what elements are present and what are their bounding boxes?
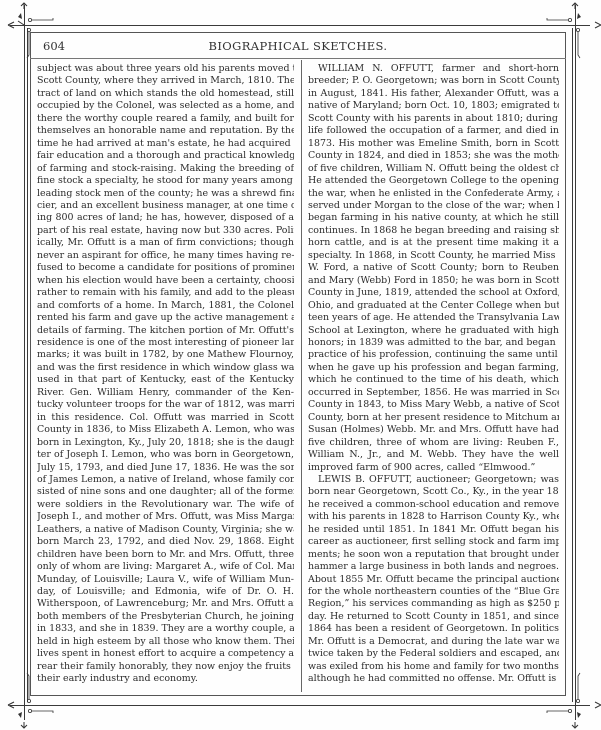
- page-header: 604 BIOGRAPHICAL SKETCHES.: [30, 33, 566, 59]
- text-line: tract of land on which stands the old ho…: [37, 88, 294, 100]
- text-line: used in that part of Kentucky, east of t…: [37, 374, 294, 386]
- text-line: began farming in his native county, at w…: [308, 212, 559, 224]
- text-line: occurred in September, 1856. He was marr…: [308, 387, 559, 399]
- text-line: in 1833, and she in 1839. They are a wor…: [37, 623, 294, 635]
- text-line: and was the first residence in which win…: [37, 362, 294, 374]
- text-line: July 15, 1793, and died June 17, 1836. H…: [37, 462, 294, 474]
- text-line: W. Ford, a native of Scott County; born …: [308, 262, 559, 274]
- text-line: held in high esteem by all those who kno…: [37, 636, 294, 648]
- text-line: fused to become a candidate for position…: [37, 262, 294, 274]
- text-line: WILLIAM N. OFFUTT, farmer and short-horn: [308, 63, 559, 75]
- text-line: part of his real estate, having now but …: [37, 225, 294, 237]
- text-line: About 1855 Mr. Offutt became the princip…: [308, 574, 559, 586]
- frame-left-rule-inner: [27, 28, 28, 702]
- right-column: WILLIAM N. OFFUTT, farmer and short-horn…: [308, 63, 559, 686]
- text-line: Mr. Offutt is a Democrat, and during the…: [308, 636, 559, 648]
- text-line: Leathers, a native of Madison County, Vi…: [37, 524, 294, 536]
- frame-left-rule: [24, 5, 25, 720]
- text-line: Witherspoon, of Lawrenceburg; Mr. and Mr…: [37, 598, 294, 610]
- text-line: never an aspirant for office, he many ti…: [37, 250, 294, 262]
- text-line: lives spent in honest effort to acquire …: [37, 648, 294, 660]
- text-line: ically, Mr. Offutt is a man of firm conv…: [37, 237, 294, 249]
- text-line: day. He returned to Scott County in 1851…: [308, 611, 559, 623]
- text-line: in this residence. Col. Offutt was marri…: [37, 412, 294, 424]
- text-line: ter of Joseph I. Lemon, who was born in …: [37, 449, 294, 461]
- text-line: Scott County, where they arrived in Marc…: [37, 75, 294, 87]
- text-line: cier, and an excellent business manager,…: [37, 200, 294, 212]
- text-line: practice of his profession, continuing t…: [308, 349, 559, 361]
- text-line: hammer a large business in both lands an…: [308, 561, 559, 573]
- text-line: were soldiers in the Revolutionary war. …: [37, 499, 294, 511]
- text-line: breeder; P. O. Georgetown; was born in S…: [308, 75, 559, 87]
- text-line: School at Lexington, where he graduated …: [308, 325, 559, 337]
- text-line: of farming and stock-raising. Making the…: [37, 163, 294, 175]
- text-line: children have been born to Mr. and Mrs. …: [37, 549, 294, 561]
- text-line: served under Morgan to the close of the …: [308, 200, 559, 212]
- text-line: fair education and a thorough and practi…: [37, 150, 294, 162]
- text-line: when he gave up his profession and began…: [308, 362, 559, 374]
- text-line: with his parents in 1828 to Harrison Cou…: [308, 511, 559, 523]
- text-line: Ohio, and graduated at the Center Colleg…: [308, 300, 559, 312]
- text-line: born March 23, 1792, and died Nov. 29, 1…: [37, 536, 294, 548]
- text-line: rear their family honorably, they now en…: [37, 661, 294, 673]
- scanned-book-page: 604 BIOGRAPHICAL SKETCHES. subject was a…: [0, 0, 601, 730]
- text-line: ments; he soon won a reputation that bro…: [308, 549, 559, 561]
- text-line: he received a common-school education an…: [308, 499, 559, 511]
- text-line: residence is one of the most interesting…: [37, 337, 294, 349]
- text-line: of five children, William N. Offutt bein…: [308, 163, 559, 175]
- text-line: leading stock men of the county; he was …: [37, 188, 294, 200]
- text-line: rather to remain with his family, and ad…: [37, 287, 294, 299]
- text-line: sisted of nine sons and one daughter; al…: [37, 486, 294, 498]
- text-line: their early industry and economy.: [37, 673, 294, 685]
- text-line: born in Lexington, Ky., July 20, 1818; s…: [37, 437, 294, 449]
- frame-top-rule: [10, 25, 590, 26]
- text-line: although he had committed no offense. Mr…: [308, 673, 559, 685]
- text-line: occupied by the Colonel, was selected as…: [37, 100, 294, 112]
- column-divider: [301, 60, 302, 692]
- text-line: when his election would have been a cert…: [37, 275, 294, 287]
- text-line: twice taken by the Federal soldiers and …: [308, 648, 559, 660]
- text-line: was exiled from his home and family for …: [308, 661, 559, 673]
- frame-right-rule: [575, 5, 576, 720]
- text-line: which he continued to the time of his de…: [308, 374, 559, 386]
- text-line: William N., Jr., and M. Webb. They have …: [308, 449, 559, 461]
- text-line: ing 800 acres of land; he has, however, …: [37, 212, 294, 224]
- left-column: subject was about three years old his pa…: [37, 63, 294, 686]
- text-line: time he had arrived at man's estate, he …: [37, 138, 294, 150]
- text-line: River. Gen. William Henry, commander of …: [37, 387, 294, 399]
- text-line: continues. In 1868 he began breeding and…: [308, 225, 559, 237]
- text-line: tucky volunteer troops for the war of 18…: [37, 399, 294, 411]
- text-line: County in June, 1819, attended the schoo…: [308, 287, 559, 299]
- text-line: career as auctioneer, first selling stoc…: [308, 536, 559, 548]
- text-line: 1873. His mother was Emeline Smith, born…: [308, 138, 559, 150]
- text-line: Susan (Holmes) Webb. Mr. and Mrs. Offutt…: [308, 424, 559, 436]
- text-line: teen years of age. He attended the Trans…: [308, 312, 559, 324]
- text-line: County in 1836, to Miss Elizabeth A. Lem…: [37, 424, 294, 436]
- text-line: subject was about three years old his pa…: [37, 63, 294, 75]
- text-line: He attended the Georgetown College to th…: [308, 175, 559, 187]
- frame-right-rule-inner: [572, 28, 573, 702]
- text-line: five children, three of whom are living:…: [308, 437, 559, 449]
- text-line: day, of Louisville; and Edmonia, wife of…: [37, 586, 294, 598]
- text-line: Joseph I., and mother of Mrs. Offutt, wa…: [37, 511, 294, 523]
- text-line: County in 1843, to Miss Mary Webb, a nat…: [308, 399, 559, 411]
- running-head: BIOGRAPHICAL SKETCHES.: [30, 39, 566, 53]
- text-line: horn cattle, and is at the present time …: [308, 237, 559, 249]
- text-line: specialty. In 1868, in Scott County, he …: [308, 250, 559, 262]
- text-line: he resided until 1851. In 1841 Mr. Offut…: [308, 524, 559, 536]
- text-line: born near Georgetown, Scott Co., Ky., in…: [308, 486, 559, 498]
- text-line: Region,” his services commanding as high…: [308, 598, 559, 610]
- text-line: the war, when he enlisted in the Confede…: [308, 188, 559, 200]
- text-line: for the whole northeastern counties of t…: [308, 586, 559, 598]
- text-line: and comforts of a home. In March, 1881, …: [37, 300, 294, 312]
- text-line: life followed the occupation of a farmer…: [308, 125, 559, 137]
- text-line: honors; in 1839 was admitted to the bar,…: [308, 337, 559, 349]
- text-line: 1864 has been a resident of Georgetown. …: [308, 623, 559, 635]
- text-line: in August, 1841. His father, Alexander O…: [308, 88, 559, 100]
- text-line: Scott County with his parents in about 1…: [308, 113, 559, 125]
- text-line: only of whom are living: Margaret A., wi…: [37, 561, 294, 573]
- text-line: improved farm of 900 acres, called “Elmw…: [308, 462, 559, 474]
- text-line: County, born at her present residence to…: [308, 412, 559, 424]
- text-line: details of farming. The kitchen portion …: [37, 325, 294, 337]
- text-line: and Mary (Webb) Ford in 1850; he was bor…: [308, 275, 559, 287]
- text-line: County in 1824, and died in 1853; she wa…: [308, 150, 559, 162]
- text-line: fine stock a specialty, he stood for man…: [37, 175, 294, 187]
- text-line: there the worthy couple reared a family,…: [37, 113, 294, 125]
- text-line: both members of the Presbyterian Church,…: [37, 611, 294, 623]
- text-line: marks; it was built in 1782, by one Math…: [37, 349, 294, 361]
- frame-bottom-rule: [10, 705, 590, 706]
- text-line: native of Maryland; born Oct. 10, 1803; …: [308, 100, 559, 112]
- text-line: rented his farm and gave up the active m…: [37, 312, 294, 324]
- text-line: Munday, of Louisville; Laura V., wife of…: [37, 574, 294, 586]
- text-line: of James Lemon, a native of Ireland, who…: [37, 474, 294, 486]
- text-line: themselves an honorable name and reputat…: [37, 125, 294, 137]
- text-line: LEWIS B. OFFUTT, auctioneer; Georgetown;…: [308, 474, 559, 486]
